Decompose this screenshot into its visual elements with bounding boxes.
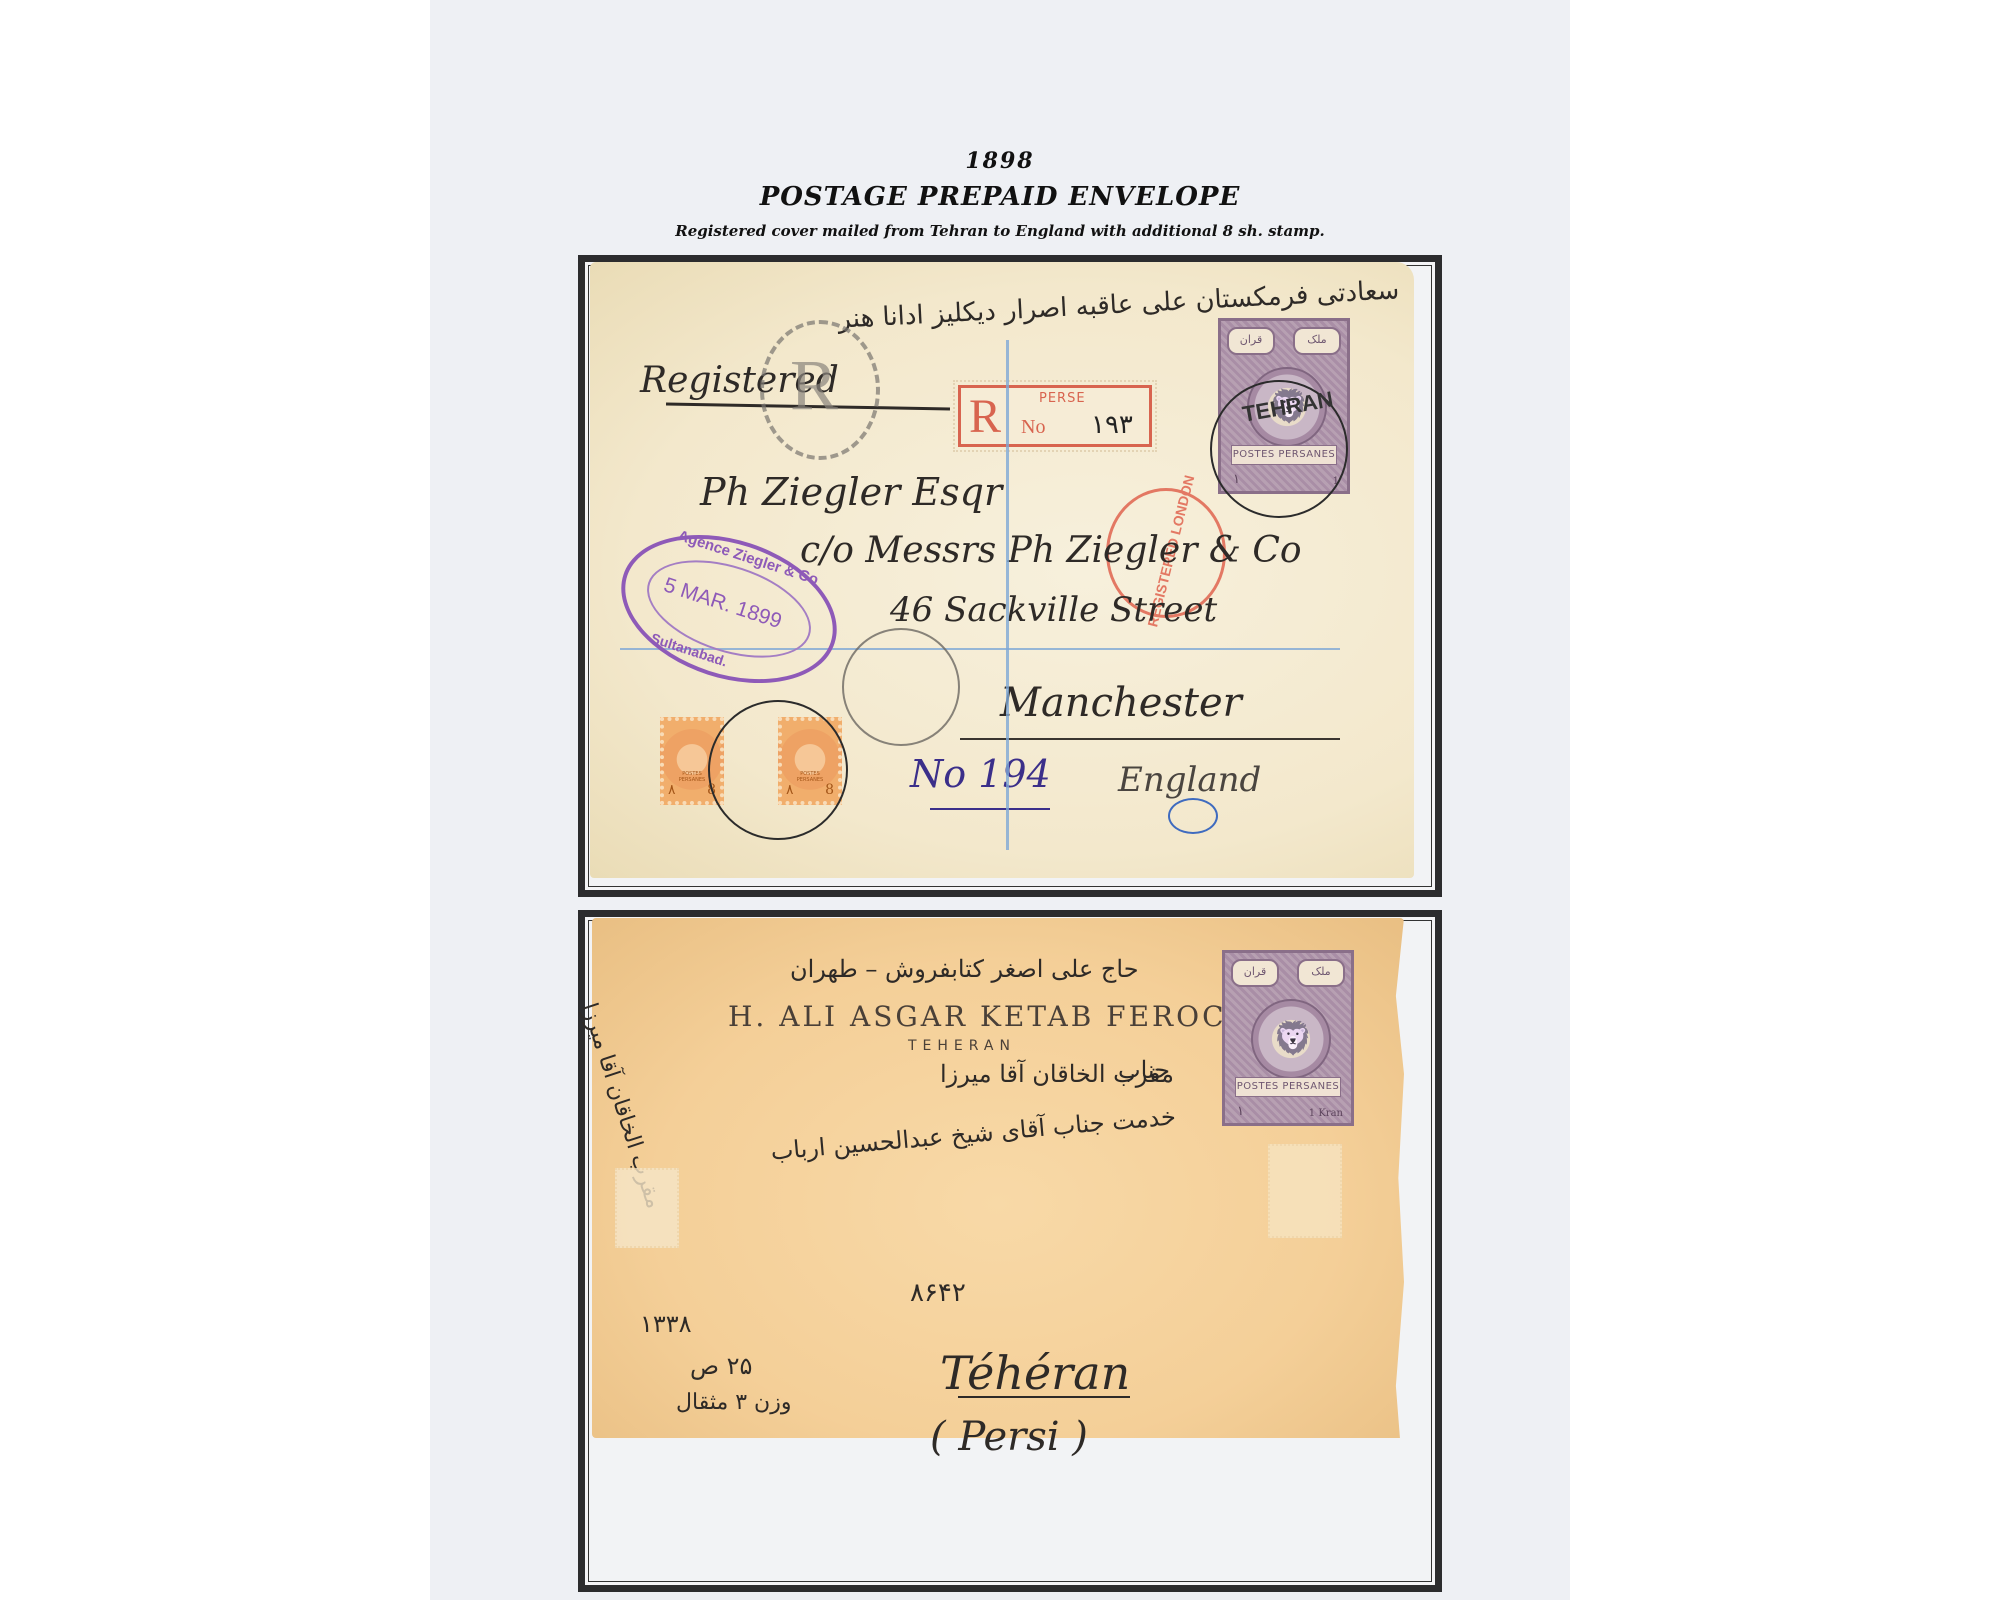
- lion-and-sun-icon: [1251, 999, 1331, 1079]
- tehran-postmark: TEHRAN: [1210, 380, 1348, 518]
- side-note-weight: وزن ۳ مثقال: [676, 1390, 791, 1415]
- reg-number-underline: [930, 808, 1050, 810]
- destination-country: ( Persi ): [930, 1414, 1088, 1460]
- side-note-year: ۱۳۳۸: [640, 1310, 692, 1338]
- persian-number: ۸۶۴۲: [910, 1278, 966, 1308]
- page-year: 1898: [430, 148, 1570, 174]
- persian-imprint: حاج علی اصغر کتابفروش – طهران: [790, 955, 1139, 983]
- stamp-corner-right: ملک: [1293, 327, 1341, 355]
- tehran-postmark-on-adhesives: [708, 700, 848, 840]
- stamp-remnant-left: [615, 1168, 679, 1248]
- stamp-value-right: 1 Kran: [1309, 1109, 1343, 1119]
- imprint-city: TEHERAN: [908, 1038, 1016, 1054]
- address-city: Manchester: [1000, 680, 1242, 726]
- reg-label-country: PERSE: [1039, 391, 1086, 406]
- transit-postmark: [842, 628, 960, 746]
- registration-label: R PERSE No ۱۹۳: [958, 385, 1152, 447]
- destination-underline: [958, 1396, 1130, 1398]
- address-country: England: [1118, 760, 1261, 800]
- address-line-2: c/o Messrs Ph Ziegler & Co: [800, 530, 1302, 571]
- blue-crayon-vertical: [1006, 340, 1009, 850]
- address-line-3: 46 Sackville Street: [890, 590, 1217, 630]
- stamp-corner-left: قران: [1227, 327, 1275, 355]
- side-note-2: ۲۵ ص: [690, 1352, 752, 1380]
- city-underline: [960, 738, 1340, 740]
- destination-city: Téhéran: [940, 1346, 1130, 1400]
- reg-label-number: ۱۹۳: [1091, 410, 1133, 440]
- blue-crayon-mark: [1168, 798, 1218, 834]
- page-title: POSTAGE PREPAID ENVELOPE: [430, 182, 1570, 212]
- registration-number-handwritten: No 194: [910, 752, 1051, 796]
- persian-address-2: مقرب الخاقان آقا میرزا: [940, 1060, 1174, 1088]
- imprinted-stamp-1-kran: قران ملک POSTES PERSANES ۱ 1 Kran: [1222, 950, 1354, 1126]
- page-subtitle: Registered cover mailed from Tehran to E…: [430, 222, 1570, 240]
- stamp-corner-right: ملک: [1297, 959, 1345, 987]
- stamp-value-left: ۱: [1237, 1104, 1244, 1119]
- stamp-corner-left: قران: [1231, 959, 1279, 987]
- stamp-remnant-right: [1268, 1144, 1342, 1238]
- reg-label-no: No: [1021, 416, 1045, 439]
- imprint-english: H. ALI ASGAR KETAB FEROCH: [728, 1000, 1254, 1033]
- address-line-1: Ph Ziegler Esqr: [700, 470, 1002, 514]
- reg-label-letter: R: [969, 392, 1001, 442]
- stamp-caption: POSTES PERSANES: [1235, 1077, 1341, 1097]
- r-handstamp: R: [760, 320, 880, 460]
